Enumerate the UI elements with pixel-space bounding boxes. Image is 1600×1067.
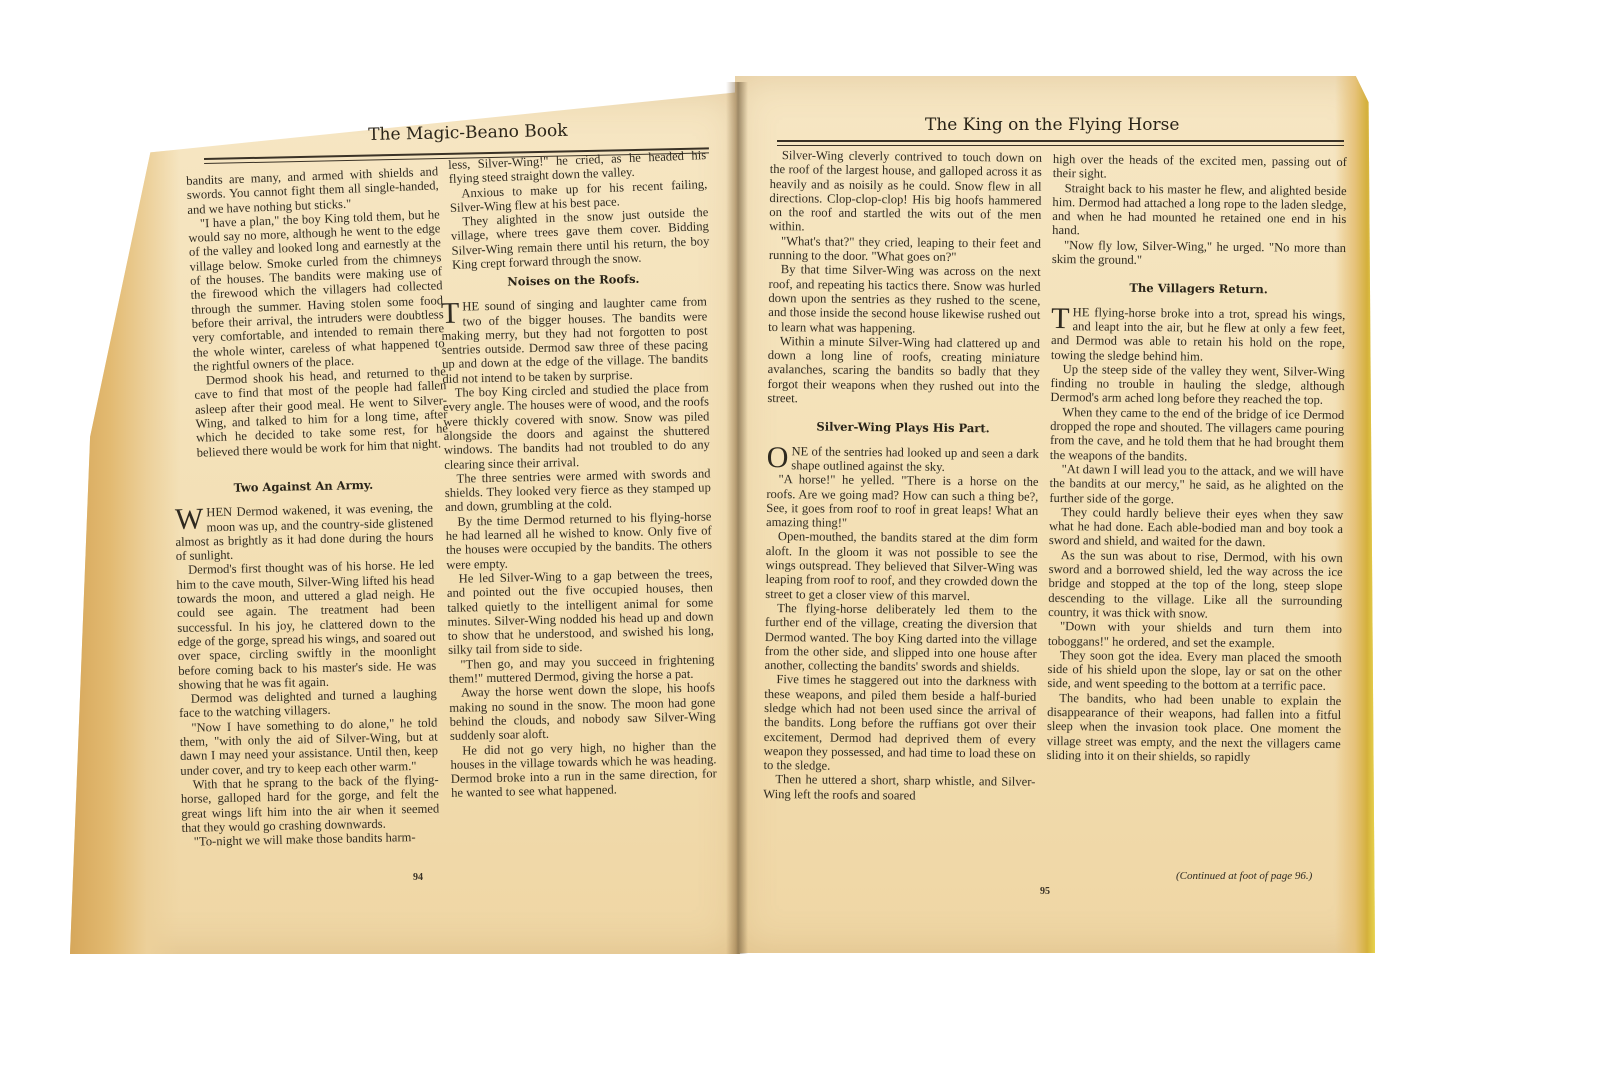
section-heading: Two Against An Army. — [174, 477, 432, 497]
paragraph: "A horse!" he yelled. "There is a horse … — [766, 472, 1039, 532]
drop-cap: W — [175, 507, 204, 534]
book-gutter — [726, 82, 748, 954]
paragraph: They could hardly believe their eyes whe… — [1049, 505, 1343, 551]
running-head-left: The Magic-Beano Book — [368, 121, 568, 145]
paragraph-with-dropcap: THE flying-horse broke into a trot, spre… — [1051, 305, 1346, 365]
left-page-column-1: bandits are many, and armed with shields… — [186, 164, 449, 459]
paragraph: "Now I have something to do alone," he t… — [179, 715, 438, 778]
paragraph: As the sun was about to rise, Dermod, wi… — [1048, 548, 1343, 623]
right-page-column-2: high over the heads of the excited men, … — [1047, 152, 1347, 765]
right-page-column-1: Silver-Wing cleverly contrived to touch … — [763, 148, 1042, 804]
paragraph: Five times he staggered out into the dar… — [763, 672, 1036, 775]
page-number-left: 94 — [413, 872, 423, 883]
paragraph: Dermod shook his head, and returned to t… — [194, 364, 449, 459]
drop-cap: O — [767, 445, 789, 471]
paragraph: Within a minute Silver-Wing had clattere… — [767, 334, 1040, 408]
paragraph: Silver-Wing cleverly contrived to touch … — [769, 148, 1042, 237]
left-page-column-2-lower: Noises on the Roofs. THE sound of singin… — [440, 256, 717, 800]
paragraph: "At dawn I will lead you to the attack, … — [1049, 462, 1343, 508]
paragraph: When they came to the end of the bridge … — [1050, 405, 1345, 465]
left-page-column-1-lower: Two Against An Army. WHEN Dermod wakened… — [174, 463, 440, 850]
paragraph: The three sentries were armed with sword… — [444, 466, 711, 514]
paragraph: With that he sprang to the back of the f… — [180, 772, 439, 835]
paragraph-with-dropcap: ONE of the sentries had looked up and se… — [767, 444, 1039, 475]
section-heading: The Villagers Return. — [1052, 280, 1346, 297]
paragraph: By the time Dermod returned to his flyin… — [445, 509, 712, 572]
paragraph: high over the heads of the excited men, … — [1053, 152, 1347, 184]
paragraph: By that time Silver-Wing was across on t… — [768, 262, 1041, 336]
paragraph: They soon got the idea. Every man placed… — [1047, 648, 1341, 694]
paragraph-with-dropcap: THE sound of singing and laughter came f… — [441, 295, 709, 386]
paragraph: Up the steep side of the valley they wen… — [1050, 362, 1344, 408]
paragraph: He did not go very high, no higher than … — [450, 738, 717, 801]
paragraph: The bandits, who had been unable to expl… — [1047, 691, 1342, 766]
page-number-right: 95 — [1040, 886, 1050, 897]
paragraph: The boy King circled and studied the pla… — [443, 380, 711, 471]
paragraph: He led Silver-Wing to a gap between the … — [446, 566, 714, 657]
continued-note: (Continued at foot of page 96.) — [1176, 870, 1312, 882]
paragraph: The flying-horse deliberately led them t… — [765, 601, 1038, 675]
section-heading: Silver-Wing Plays His Part. — [767, 419, 1039, 436]
paragraph: Then he uttered a short, sharp whistle, … — [763, 772, 1035, 803]
paragraph: Open-mouthed, the bandits stared at the … — [765, 529, 1038, 603]
paragraph: "What's that?" they cried, leaping to th… — [769, 234, 1041, 265]
left-page-column-2: less, Silver-Wing!" he cried, as he head… — [448, 148, 710, 272]
paragraph: "I have a plan," the boy King told them,… — [188, 207, 446, 374]
drop-cap: T — [1051, 306, 1070, 332]
running-head-right: The King on the Flying Horse — [925, 115, 1179, 135]
paragraph: Straight back to his master he flew, and… — [1052, 181, 1347, 241]
paragraph-with-dropcap: WHEN Dermod wakened, it was evening, the… — [175, 501, 434, 564]
section-heading: Noises on the Roofs. — [440, 270, 706, 290]
page-block-edge — [70, 92, 180, 954]
drop-cap: T — [441, 301, 460, 327]
paragraph: Dermod's first thought was of his horse.… — [176, 558, 437, 692]
header-rule-right — [777, 140, 1344, 146]
paragraph: "Down with your shields and turn them in… — [1048, 619, 1342, 651]
paragraph: Away the horse went down the slope, his … — [449, 681, 716, 744]
paragraph: "Now fly low, Silver-Wing," he urged. "N… — [1052, 238, 1346, 270]
